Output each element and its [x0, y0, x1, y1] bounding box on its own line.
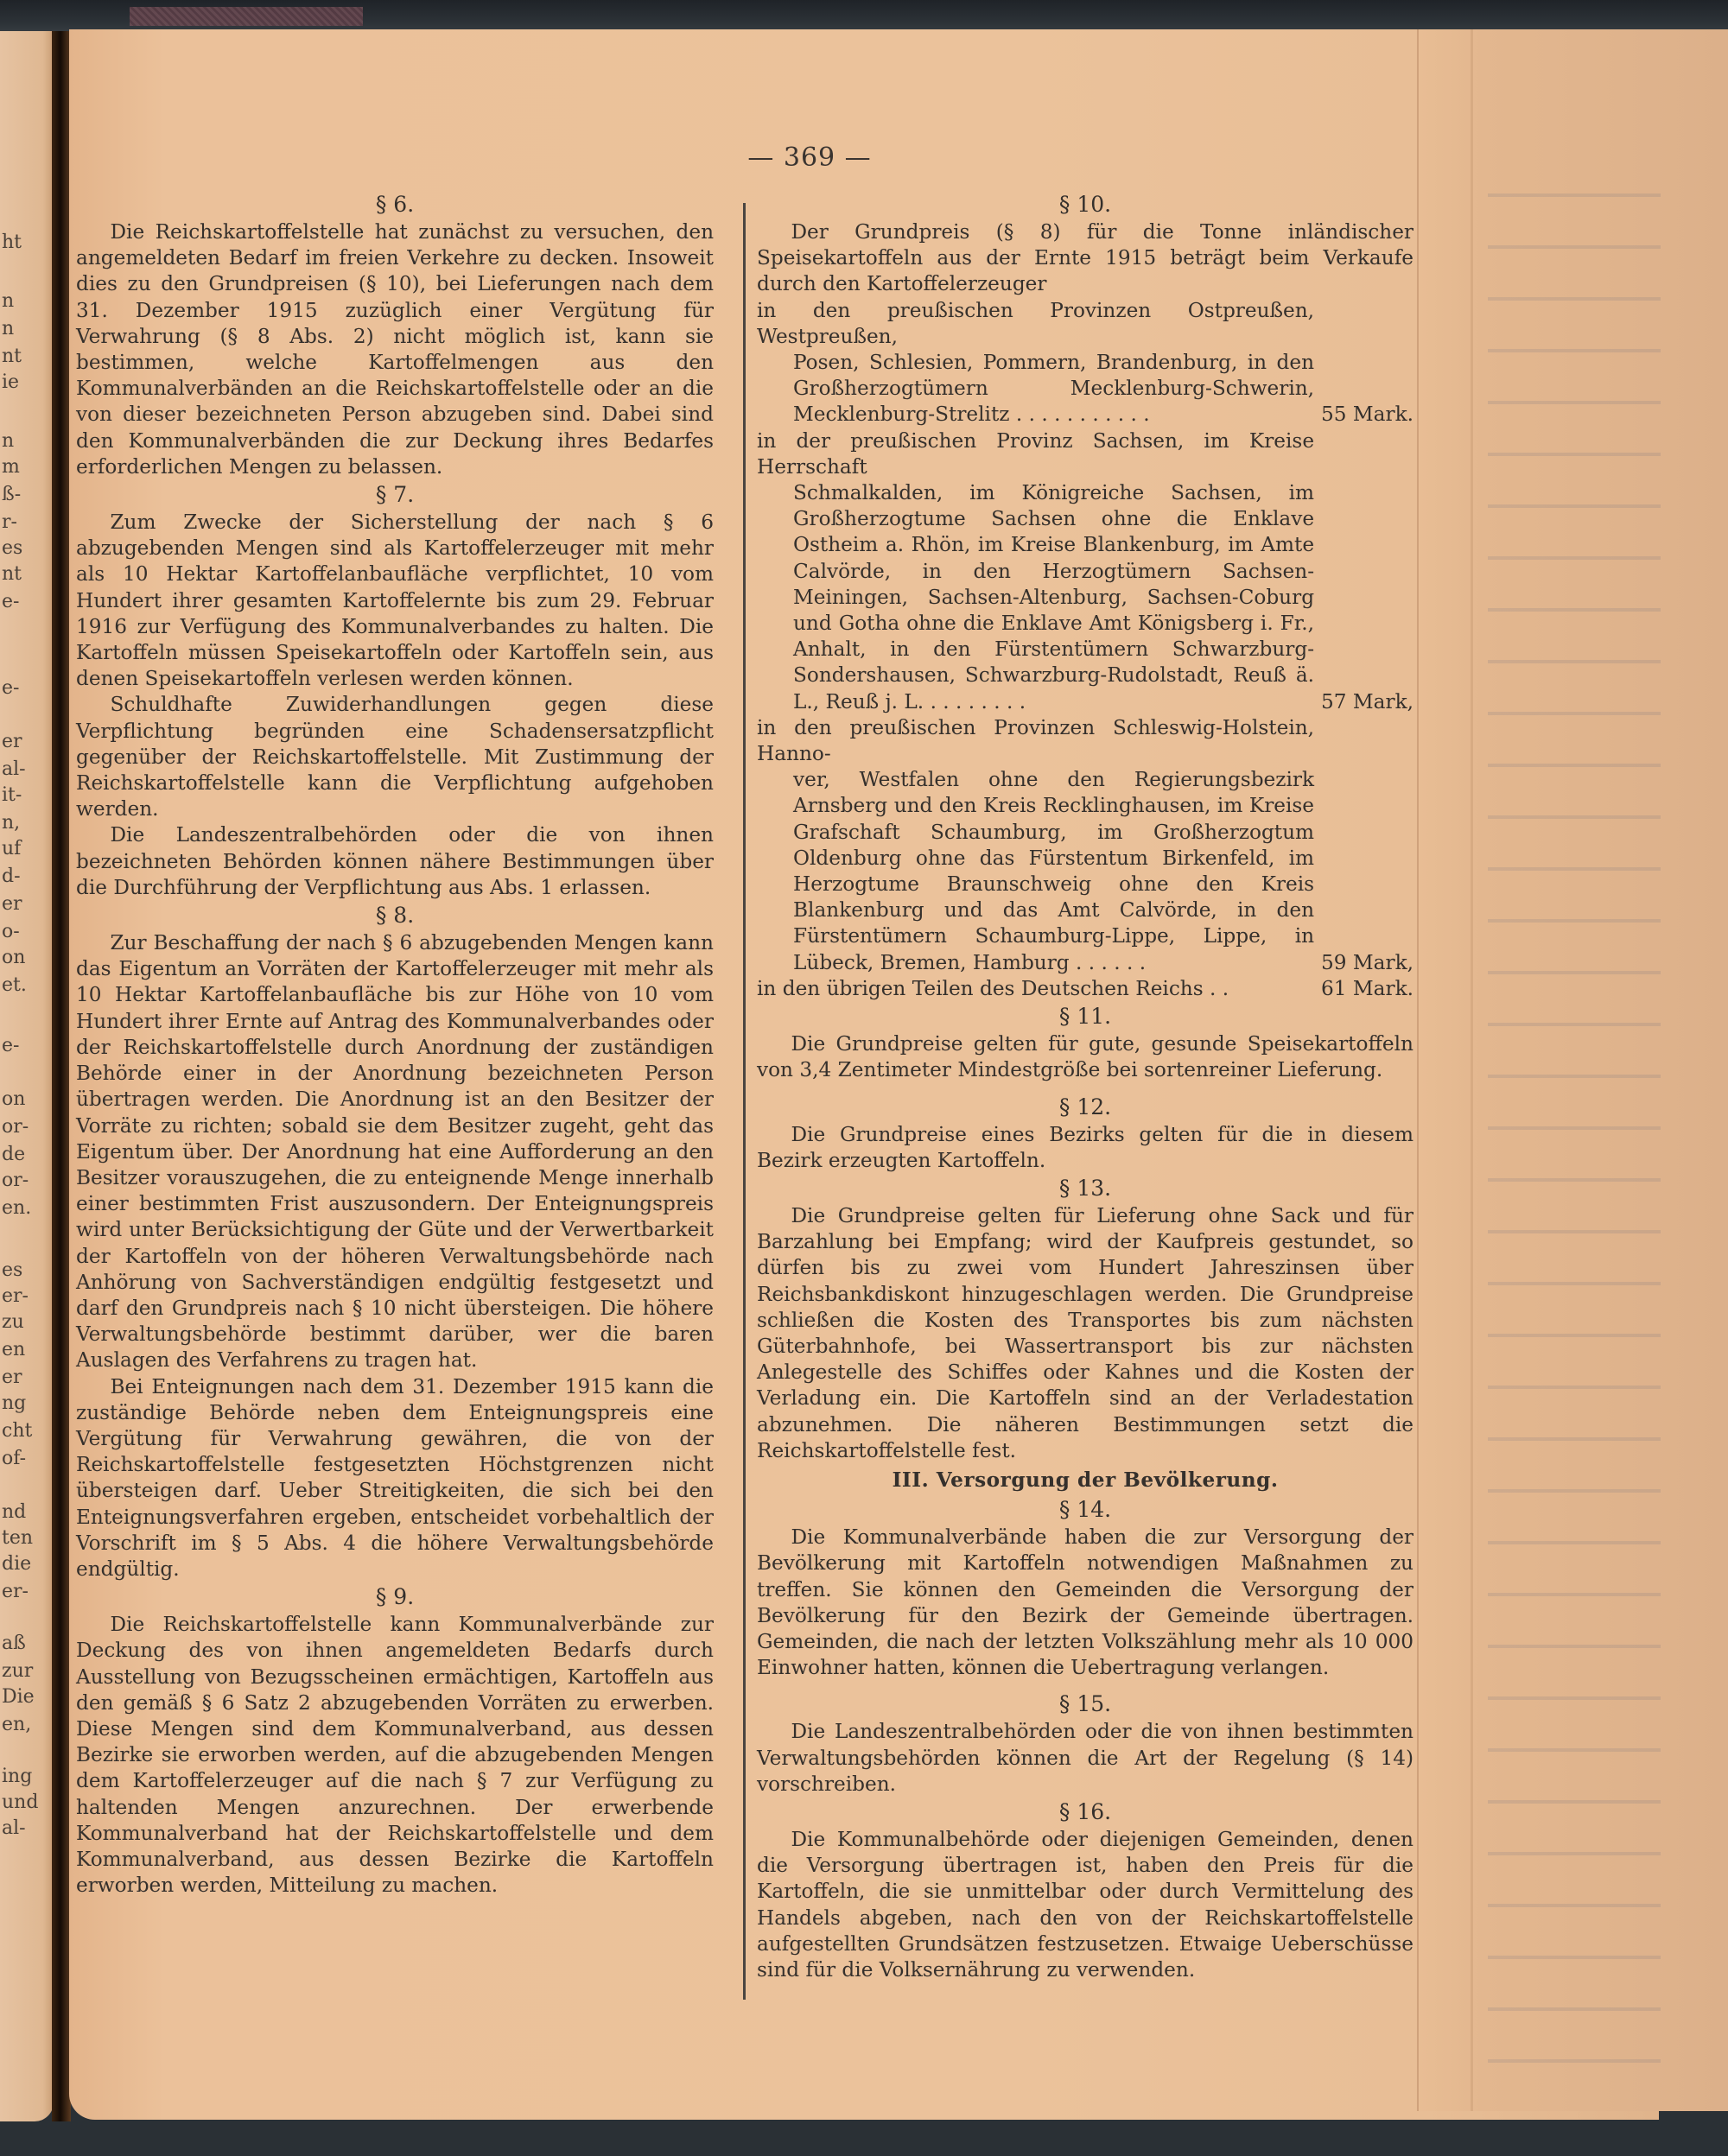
pencil-marks — [1488, 168, 1661, 2068]
previous-page-text-fragment: or- — [2, 1118, 29, 1137]
section-11: § 11. Die Grundpreise gelten für gute, g… — [757, 1002, 1414, 1083]
previous-page-text-fragment: nt — [2, 565, 22, 584]
previous-page-text-fragment: ing — [2, 1767, 32, 1786]
page-number: — 369 — — [719, 143, 900, 173]
section-heading: § 14. — [757, 1495, 1414, 1525]
paragraph: Die Grundpreise gelten für gute, gesunde… — [757, 1031, 1414, 1083]
price-entry: in den preußischen Provinzen Schleswig-H… — [757, 715, 1414, 976]
price-region-first-line: in den preußischen Provinzen Schleswig-H… — [757, 715, 1314, 767]
paragraph: Der Grundpreis (§ 8) für die Tonne inlän… — [757, 219, 1414, 298]
previous-page-text-fragment: er — [2, 895, 22, 914]
right-column: § 10. Der Grundpreis (§ 8) für die Tonne… — [757, 190, 1414, 1983]
previous-page-text-fragment: n, — [2, 814, 20, 833]
previous-page-text-fragment: en, — [2, 1715, 31, 1734]
previous-page-text-fragment: it- — [2, 786, 22, 805]
section-6: § 6. Die Reichskartoffelstelle hat zunäc… — [76, 190, 714, 480]
previous-page-text-fragment: on — [2, 1090, 25, 1109]
price-value: 55 Mark. — [1314, 402, 1414, 428]
previous-page-text-fragment: uf — [2, 840, 21, 859]
previous-page-text-fragment: al- — [2, 760, 26, 779]
section-7: § 7. Zum Zwecke der Sicherstellung der n… — [76, 480, 714, 901]
price-value: 59 Mark, — [1314, 950, 1414, 976]
section-heading: § 11. — [757, 1002, 1414, 1031]
previous-page-text-fragment: er — [2, 1368, 22, 1387]
paragraph: Bei Enteignungen nach dem 31. Dezember 1… — [76, 1374, 714, 1583]
part-heading: III. Versorgung der Bevölkerung. — [757, 1468, 1414, 1493]
price-region-first-line: in den übrigen Teilen des Deutschen Reic… — [757, 976, 1314, 1002]
paragraph: Die Grundpreise gelten für Lieferung ohn… — [757, 1203, 1414, 1464]
price-region-first-line: in der preußischen Provinz Sachsen, im K… — [757, 428, 1314, 480]
page-crease — [1471, 29, 1473, 2111]
previous-page-text-fragment: al- — [2, 1819, 26, 1838]
previous-page-text-fragment: r- — [2, 513, 17, 532]
section-13: § 13. Die Grundpreise gelten für Lieferu… — [757, 1174, 1414, 1464]
paragraph: Die Grundpreise eines Bezirks gelten für… — [757, 1122, 1414, 1174]
previous-page-text-fragment: ten — [2, 1529, 33, 1548]
section-10: § 10. Der Grundpreis (§ 8) für die Tonne… — [757, 190, 1414, 1002]
previous-page-edge: htnnntienmß-r-esnte-e-eral-it-n,ufd-ero-… — [0, 31, 54, 2121]
section-heading: § 8. — [76, 901, 714, 930]
section-heading: § 7. — [76, 480, 714, 510]
paragraph: Die Kommunalverbände haben die zur Verso… — [757, 1525, 1414, 1681]
paragraph: Die Reichskartoffelstelle hat zunächst z… — [76, 219, 714, 480]
previous-page-text-fragment: ie — [2, 373, 19, 392]
paragraph: Die Kommunalbehörde oder diejenigen Geme… — [757, 1827, 1414, 1983]
section-heading: § 15. — [757, 1690, 1414, 1719]
previous-page-text-fragment: er — [2, 732, 22, 751]
previous-page-text-fragment: die — [2, 1555, 31, 1574]
dot-leader: . . . . . . — [1076, 951, 1146, 974]
section-9: § 9. Die Reichskartoffelstelle kann Komm… — [76, 1582, 714, 1899]
previous-page-text-fragment: en. — [2, 1199, 31, 1218]
dot-leader: . . — [1210, 977, 1229, 1000]
previous-page-text-fragment: or- — [2, 1171, 29, 1190]
column-divider — [743, 203, 746, 2000]
price-value: 57 Mark, — [1314, 689, 1414, 715]
dot-leader: . . . . . . . . — [931, 690, 1026, 713]
section-12: § 12. Die Grundpreise eines Bezirks gelt… — [757, 1093, 1414, 1174]
paragraph: Zum Zwecke der Sicherstellung der nach §… — [76, 510, 714, 692]
left-column: § 6. Die Reichskartoffelstelle hat zunäc… — [76, 190, 714, 1899]
cover-cloth — [130, 7, 363, 26]
price-entry: in den preußischen Provinzen Ostpreußen,… — [757, 298, 1414, 428]
section-heading: § 13. — [757, 1174, 1414, 1203]
price-value: 61 Mark. — [1314, 976, 1414, 1002]
previous-page-text-fragment: n — [2, 320, 14, 339]
previous-page-text-fragment: ht — [2, 233, 22, 252]
section-16: § 16. Die Kommunalbehörde oder diejenige… — [757, 1798, 1414, 1983]
paragraph: Zur Beschaffung der nach § 6 abzugebende… — [76, 930, 714, 1373]
paragraph: Die Landeszentralbehörden oder die von i… — [76, 822, 714, 901]
price-entry: in den übrigen Teilen des Deutschen Reic… — [757, 976, 1414, 1002]
previous-page-text-fragment: aß — [2, 1634, 26, 1653]
previous-page-text-fragment: es — [2, 1261, 22, 1280]
previous-page-text-fragment: er- — [2, 1582, 29, 1601]
previous-page-text-fragment: d- — [2, 867, 21, 886]
previous-page-text-fragment: e- — [2, 593, 19, 612]
previous-page-text-fragment: zur — [2, 1662, 33, 1681]
previous-page-text-fragment: ß- — [2, 485, 21, 504]
section-heading: § 6. — [76, 190, 714, 219]
previous-page-text-fragment: m — [2, 458, 20, 477]
section-heading: § 16. — [757, 1798, 1414, 1827]
previous-page-text-fragment: Die — [2, 1688, 35, 1707]
previous-page-text-fragment: et. — [2, 976, 27, 995]
previous-page-text-fragment: en — [2, 1341, 25, 1360]
previous-page-text-fragment: of- — [2, 1449, 26, 1468]
paragraph: Die Reichskartoffelstelle kann Kommunalv… — [76, 1612, 714, 1899]
section-8: § 8. Zur Beschaffung der nach § 6 abzuge… — [76, 901, 714, 1582]
previous-page-text-fragment: nd — [2, 1503, 26, 1522]
previous-page-text-fragment: e- — [2, 1037, 19, 1056]
section-heading: § 10. — [757, 190, 1414, 219]
previous-page-text-fragment: on — [2, 948, 25, 967]
section-15: § 15. Die Landeszentralbehörden oder die… — [757, 1690, 1414, 1798]
price-region-continuation: Schmalkalden, im Königreiche Sachsen, im… — [757, 480, 1314, 715]
previous-page-text-fragment: e- — [2, 679, 19, 698]
book-gutter — [52, 31, 71, 2121]
previous-page-text-fragment: nt — [2, 347, 22, 366]
price-region-continuation: ver, Westfalen ohne den Regierungsbezirk… — [757, 767, 1314, 976]
previous-page-text-fragment: cht — [2, 1422, 32, 1441]
section-heading: § 12. — [757, 1093, 1414, 1122]
previous-page-text-fragment: er- — [2, 1287, 29, 1306]
paragraph: Schuldhafte Zuwiderhandlungen gegen dies… — [76, 692, 714, 822]
previous-page-text-fragment: es — [2, 539, 22, 558]
previous-page-text-fragment: zu — [2, 1313, 24, 1332]
previous-page-text-fragment: ng — [2, 1394, 26, 1413]
paragraph: Die Landeszentralbehörden oder die von i… — [757, 1719, 1414, 1798]
previous-page-text-fragment: de — [2, 1145, 25, 1164]
previous-page-text-fragment: n — [2, 432, 14, 451]
previous-page-text-fragment: und — [2, 1793, 38, 1812]
section-heading: § 9. — [76, 1582, 714, 1612]
previous-page-text-fragment: n — [2, 292, 14, 311]
binding-strip — [1417, 29, 1728, 2111]
section-14: § 14. Die Kommunalverbände haben die zur… — [757, 1495, 1414, 1681]
dot-leader: . . . . . . . . . . . — [1016, 403, 1150, 426]
previous-page-text-fragment: o- — [2, 923, 20, 942]
price-region-first-line: in den preußischen Provinzen Ostpreußen,… — [757, 298, 1314, 350]
price-entry: in der preußischen Provinz Sachsen, im K… — [757, 428, 1414, 715]
price-region-continuation: Posen, Schlesien, Pommern, Brandenburg, … — [757, 350, 1314, 428]
